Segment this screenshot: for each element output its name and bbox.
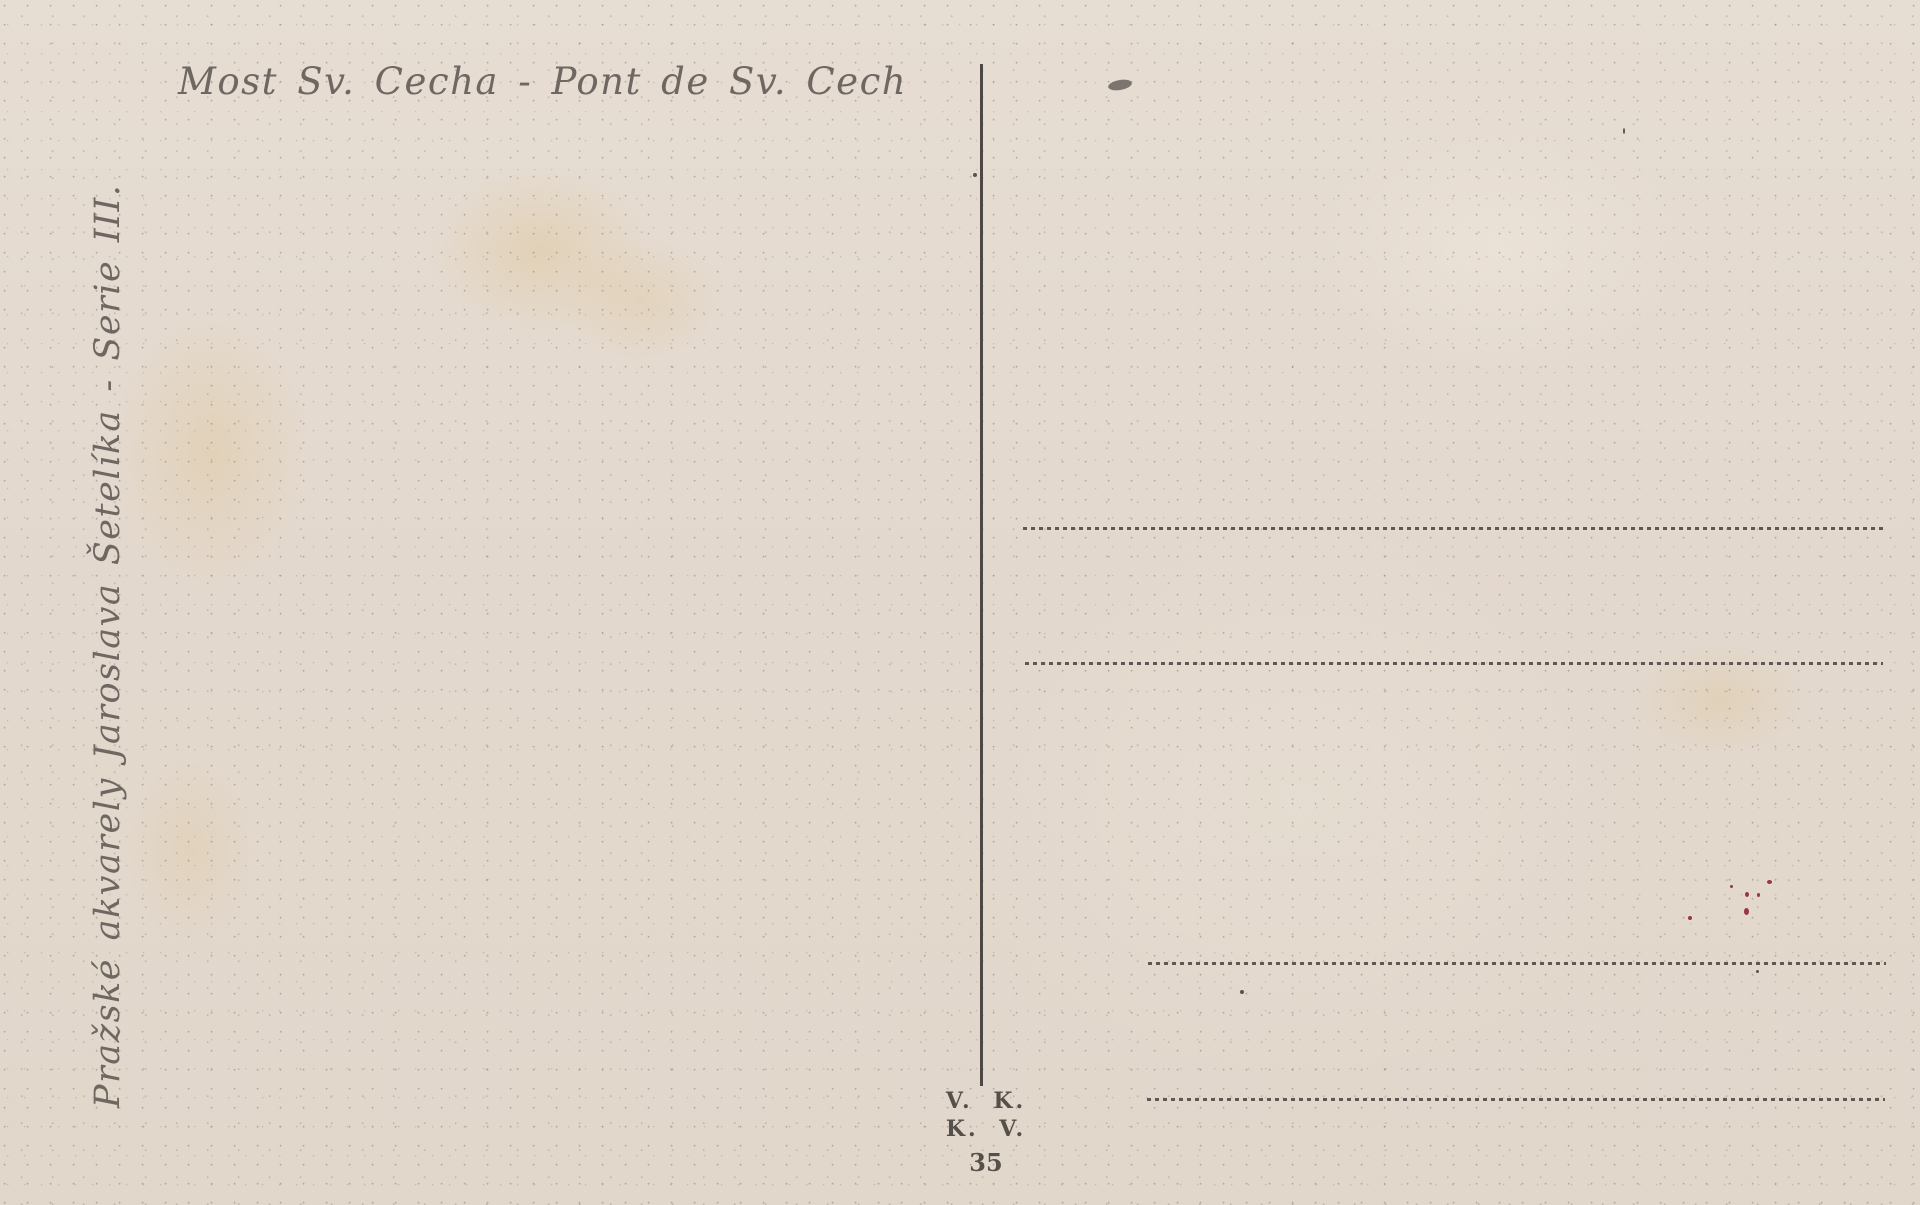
address-line-4 — [1147, 1098, 1885, 1101]
postcard-back: Most Sv. Cecha - Pont de Sv. Cech Pražsk… — [0, 0, 1920, 1205]
card-number: 35 — [936, 1148, 1036, 1177]
center-divider-line — [980, 64, 983, 1086]
address-line-2 — [1025, 662, 1883, 665]
publisher-mark-line2: K. V. — [936, 1116, 1036, 1142]
postcard-title: Most Sv. Cecha - Pont de Sv. Cech — [178, 60, 907, 103]
paper-texture — [0, 0, 1920, 1205]
address-line-1 — [1023, 527, 1885, 530]
publisher-mark-line1: V. K. — [936, 1088, 1036, 1114]
series-caption-vertical: Pražské akvarely Jaroslava Šetelíka - Se… — [88, 148, 128, 1108]
ink-smudge — [1107, 78, 1132, 92]
address-line-3 — [1148, 962, 1886, 965]
